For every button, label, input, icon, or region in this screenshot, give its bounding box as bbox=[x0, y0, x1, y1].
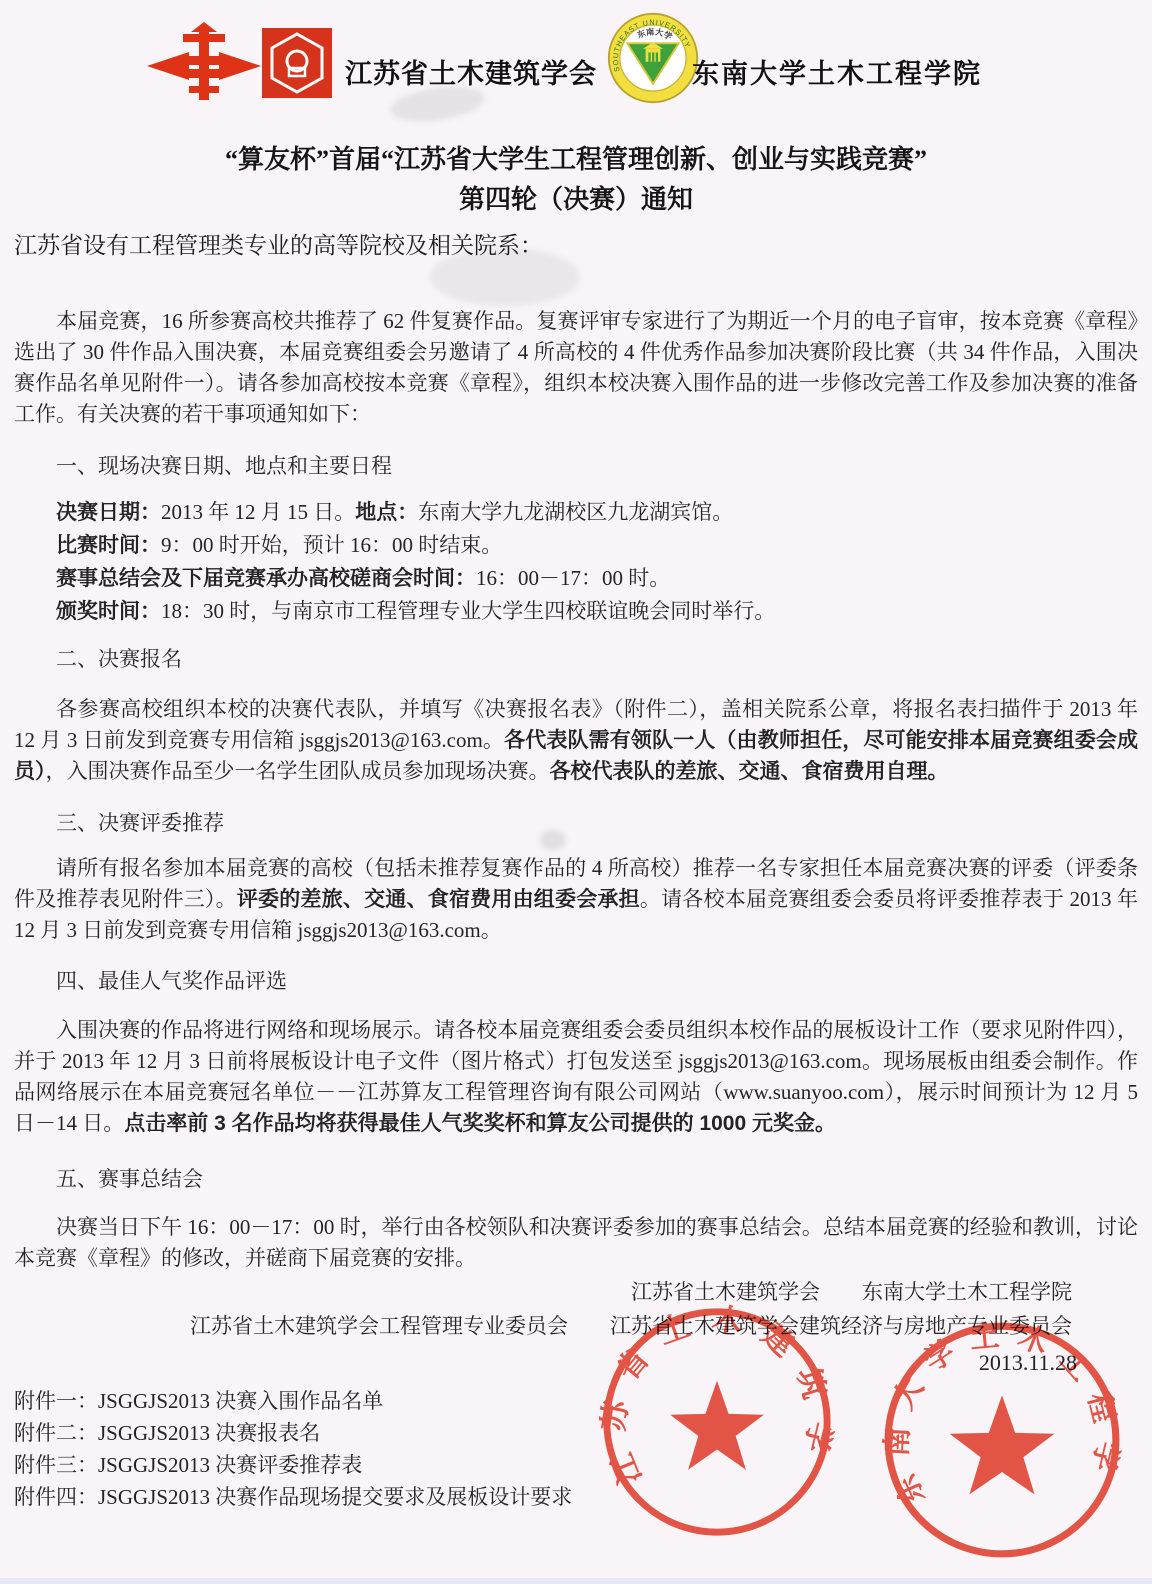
society-emblem-icon bbox=[262, 28, 332, 98]
section-4-paragraph: 入围决赛的作品将进行网络和现场展示。请各校本届竞赛组委会委员组织本校作品的展板设… bbox=[14, 1015, 1138, 1139]
schedule-line-meeting: 赛事总结会及下届竞赛承办高校磋商会时间：16：00－17：00 时。 bbox=[14, 562, 1138, 595]
section-4-heading: 四、最佳人气奖作品评选 bbox=[14, 966, 1138, 997]
section-5-paragraph: 决赛当日下午 16：00－17：00 时，举行由各校领队和决赛评委参加的赛事总结… bbox=[14, 1212, 1138, 1274]
doc-title-line1: “算友杯”首届“江苏省大学生工程管理创新、创业与实践竞赛” bbox=[14, 140, 1138, 180]
scanner-edge bbox=[0, 1578, 1152, 1584]
left-org-name: 江苏省土木建筑学会 bbox=[345, 52, 597, 91]
schedule-line-time: 比赛时间：9：00 时开始，预计 16：00 时结束。 bbox=[14, 529, 1138, 562]
seu-seal-stamp: 东南大学土木工程学院 bbox=[880, 1318, 1124, 1562]
schedule-line-date: 决赛日期：2013 年 12 月 15 日。地点：东南大学九龙湖校区九龙湖宾馆。 bbox=[14, 496, 1138, 529]
section-2-paragraph: 各参赛高校组织本校的决赛代表队，并填写《决赛报名表》（附件二），盖相关院系公章，… bbox=[14, 694, 1138, 787]
doc-title-line2: 第四轮（决赛）通知 bbox=[14, 180, 1138, 220]
section-3-heading: 三、决赛评委推荐 bbox=[14, 808, 1138, 839]
seu-logo-icon: SOUTHEAST UNIVERSITY 东南大学 bbox=[607, 12, 699, 104]
society-seal-stamp: 江苏省土木建筑学会 bbox=[599, 1304, 835, 1540]
section-1-heading: 一、现场决赛日期、地点和主要日程 bbox=[14, 451, 1138, 482]
schedule-line-award: 颁奖时间：18：30 时，与南京市工程管理专业大学生四校联谊晚会同时举行。 bbox=[14, 595, 1138, 628]
section-3-paragraph: 请所有报名参加本届竞赛的高校（包括未推荐复赛作品的 4 所高校）推荐一名专家担任… bbox=[14, 853, 1138, 946]
intro-paragraph: 本届竞赛，16 所参赛高校共推荐了 62 件复赛作品。复赛评审专家进行了为期近一… bbox=[14, 306, 1138, 430]
section-5-heading: 五、赛事总结会 bbox=[14, 1164, 1138, 1195]
scanned-notice-page: 江苏省土木建筑学会 SOUTHEAST UNIVERSITY 东南大学 bbox=[0, 0, 1152, 1584]
section-2-heading: 二、决赛报名 bbox=[14, 644, 1138, 675]
right-org-name: 东南大学土木工程学院 bbox=[692, 52, 982, 91]
signature-line-1: 江苏省土木建筑学会 东南大学土木工程学院 bbox=[14, 1275, 1072, 1309]
society-logo-icon bbox=[145, 22, 263, 106]
letterhead: 江苏省土木建筑学会 SOUTHEAST UNIVERSITY 东南大学 bbox=[14, 0, 1138, 130]
salutation: 江苏省设有工程管理类专业的高等院校及相关院系： bbox=[14, 230, 1138, 261]
